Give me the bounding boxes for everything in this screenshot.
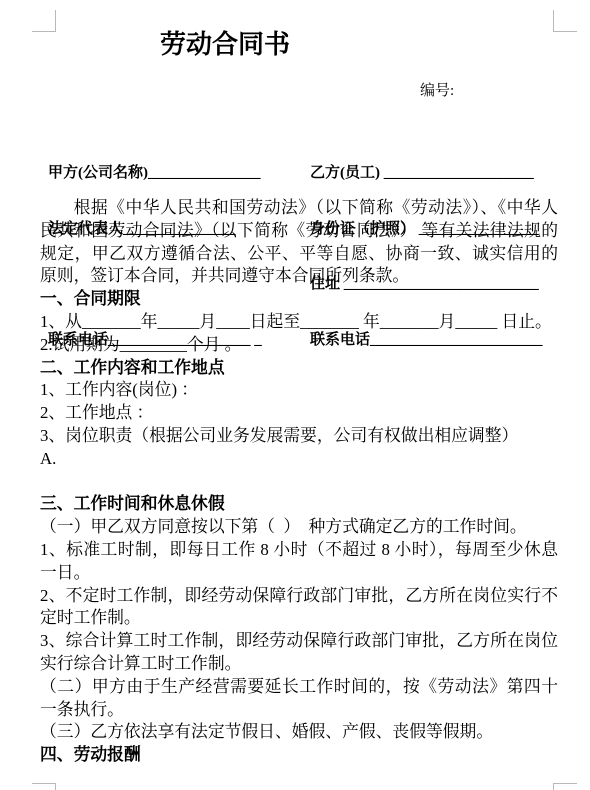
clause-holidays: （三）乙方依法享有法定节假日、婚假、产假、丧假等假期。	[40, 721, 558, 744]
section-1-heading: 一、合同期限	[40, 288, 558, 311]
section-2-heading: 二、工作内容和工作地点	[40, 357, 558, 380]
clause-overtime: （二）甲方由于生产经营需要延长工作时间的，按《劳动法》第四十一条执行。	[40, 676, 558, 722]
party-b-employee-name-label: 乙方(员工)	[310, 165, 380, 181]
page-margin-mark-top-right-icon	[553, 10, 577, 32]
clause-probation-period: 2.试用期为________个月 。	[40, 334, 558, 357]
clause-standard-hours: 1、标准工时制，即每日工作 8 小时（不超过 8 小时），每周至少休息一日。	[40, 539, 558, 585]
clause-job-duties-item-a: A.	[40, 448, 558, 471]
clause-comprehensive-hours: 3、综合计算工时工作制，即经劳动保障行政部门审批，乙方所在岗位实行综合计算工时工…	[40, 630, 558, 676]
clause-worktime-intro: （一）甲乙双方同意按以下第（ ） 种方式确定乙方的工作时间。	[40, 516, 558, 539]
clause-term-dates: 1、从_______年_____月____日起至_______ 年_______…	[40, 311, 558, 334]
clause-flexible-hours: 2、不定时工作制，即经劳动保障行政部门审批，乙方所在岗位实行不定时工作制。	[40, 585, 558, 631]
clause-job-duties: 3、岗位职责（根据公司业务发展需要，公司有权做出相应调整）	[40, 425, 558, 448]
page-margin-mark-bottom-right-icon	[553, 783, 577, 790]
page-margin-mark-bottom-left-icon	[32, 783, 56, 790]
page-margin-mark-top-left-icon	[32, 10, 56, 32]
party-a-company-name-blank-line: _______________	[148, 165, 261, 181]
contract-number-label: 编号:	[420, 79, 454, 100]
section-4-heading: 四、劳动报酬	[40, 744, 558, 767]
party-a-company-name-label: 甲方(公司名称)	[48, 165, 148, 181]
contract-document-page: 劳动合同书 编号: 甲方(公司名称)_______________ 法定代表人_…	[0, 0, 590, 790]
contract-body-text: 根据《中华人民共和国劳动法》（以下简称《劳动法》）、《中华人民共和国劳动合同法》…	[40, 197, 558, 767]
section-3-heading: 三、工作时间和休息休假	[40, 493, 558, 516]
party-a-company-name-field: 甲方(公司名称)_______________	[48, 164, 262, 183]
blank-line	[40, 471, 558, 494]
document-title: 劳动合同书	[160, 29, 290, 62]
preamble-paragraph: 根据《中华人民共和国劳动法》（以下简称《劳动法》）、《中华人民共和国劳动合同法》…	[40, 197, 558, 288]
party-b-employee-name-field: 乙方(员工) ____________________	[310, 164, 543, 183]
clause-job-content: 1、工作内容(岗位) ：	[40, 379, 558, 402]
party-b-employee-name-blank-line: ____________________	[380, 165, 534, 181]
clause-work-location: 2、工作地点 ：	[40, 402, 558, 425]
